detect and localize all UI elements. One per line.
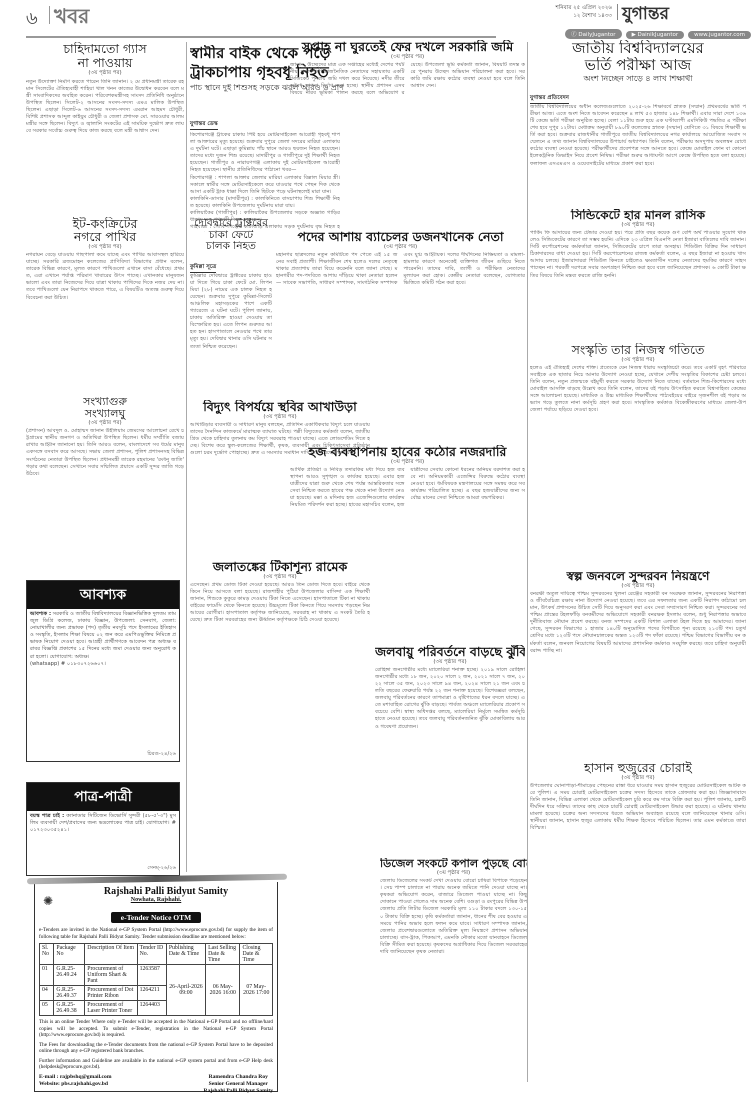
story-diesel-body: জেলায় ডিজেলের সংকট দেখা দেওয়ায় বোরো চ… (380, 878, 527, 1093)
classified-wanted-lead: আবশ্যক : (30, 611, 51, 617)
tender-intro: e-Tenders are invited in the National e-… (39, 927, 273, 940)
story-culture-jump: (৩য় পৃষ্ঠার পর) (530, 357, 746, 365)
story-birds-headline-2: নগরে পাখির (26, 230, 184, 244)
story-birds-body: নগরায়ন বেড়ে যাওয়ায় গাছপালা কমে যাচ্ছ… (26, 252, 184, 392)
classified-wanted-title: আবশ্যক (27, 581, 179, 609)
cell-sl: 04 (40, 986, 54, 1001)
cell-sl: 05 (40, 1001, 54, 1016)
story-tractor-headline-2: চাকা ফেটে (190, 230, 272, 242)
tender-table: Sl. No Package No Description Of Item Te… (39, 943, 273, 1016)
nu-subhead: অংশ নিচ্ছেন সাড়ে ৪ লাখ শিক্ষার্থী (530, 75, 746, 84)
date-block: শনিবার ২৫ এপ্রিল ২০২৬ ১২ বৈশাখ ১৪৩৩ (530, 4, 612, 20)
logo-divider (617, 4, 618, 20)
classified-matrimony-lead: বয়স্ক পাত্র চাই : (30, 813, 64, 819)
story-diesel-jump: (৩য় পৃষ্ঠার পর) (380, 870, 527, 878)
tender-title-wrap: e-Tender Notice OTM (35, 905, 277, 924)
tender-footer: E-mail : rajpbshq@gmail.com Website: pbs… (39, 1074, 273, 1094)
tender-para-3: Further information and Guideline are av… (39, 1058, 273, 1071)
story-bachelors-jump: (৩য় পৃষ্ঠার পর) (276, 244, 525, 252)
story-land: সপ্তাহ না ঘুরতেই ফের দখলে সরকারি জমি (৩য… (290, 40, 525, 222)
story-land-headline: সপ্তাহ না ঘুরতেই ফের দখলে সরকারি জমি (290, 40, 525, 54)
story-hajj: হজ ব্যবস্থাপনায় হাবের কঠোর নজরদারি (৩য়… (290, 445, 525, 652)
masthead-rule (26, 36, 496, 38)
tender-signatory: Ramendra Chandra Roy Senior General Mana… (204, 1074, 273, 1094)
classified-matrimony-box: পাত্র-পাত্রী বয়স্ক পাত্র চাই : ক্যানাডা… (26, 782, 180, 876)
cell-package: G.R.25-26.49.38 (54, 1001, 85, 1016)
cell-last-selling: 06 May-2026 16:00 (206, 965, 240, 1016)
classified-wanted-body: সরকারি ও জাতীয় বিশ্ববিদ্যালয়ের বিজ্ঞান… (30, 611, 176, 660)
story-rasik-headline: সিন্ডিকেটে হার মানল রাসিক (530, 209, 746, 222)
story-majority-jump: (৩য় পৃষ্ঠার পর) (26, 420, 184, 428)
tender-org: Rajshahi Palli Bidyut Samity (35, 886, 277, 897)
classified-wanted-body-wrap: আবশ্যক : সরকারি ও জাতীয় বিশ্ববিদ্যালয়ে… (27, 609, 179, 759)
cell-package: G.R.25-26.49.37 (54, 986, 85, 1001)
tender-location: Nowhata, Rajshahi. (35, 897, 277, 903)
story-gas-headline-2: না পাওয়ায় (26, 56, 184, 70)
tender-notice: ✺ Rajshahi Palli Bidyut Samity Nowhata, … (34, 882, 278, 1092)
story-culture-body: হলেও এই ঐতিহ্যই দেশের শক্তি। প্রত্যেকে য… (530, 365, 746, 565)
nu-headline-1: জাতীয় বিশ্ববিদ্যালয়ের (530, 40, 746, 57)
cell-desc: Procurement of Dot Printer Ribon (85, 986, 137, 1001)
story-tractor-byline: কুমিল্লা সূত্রে (190, 263, 216, 273)
lead-byline: যুগান্তর ডেস্ক (190, 120, 218, 130)
story-bachelors: পদের আশায় ব্যাচেলর ডজনখানেক নেতা (৩য় প… (276, 230, 525, 442)
tender-table-header: Sl. No Package No Description Of Item Te… (40, 944, 273, 965)
classified-wanted-contact: (whatsapp) # ০১৮৩০৭২৬৬০৭। (30, 661, 176, 668)
th-sl: Sl. No (40, 944, 54, 965)
th-closing: Closing Date & Time (240, 944, 273, 965)
tender-title: e-Tender Notice OTM (111, 912, 201, 923)
th-publishing: Publishing Date & Time (166, 944, 205, 965)
column-divider (527, 42, 528, 1082)
cell-id: 1264211 (137, 986, 166, 1001)
story-rasik-jump: (৩য় পৃষ্ঠার পর) (530, 222, 746, 230)
story-gas-body: নতুন উদ্যোক্তা নির্মাণ করতে পারেন তিনি জ… (26, 79, 184, 213)
page-number: ৬ (26, 4, 38, 35)
date-bengali: ১২ বৈশাখ ১৪৩৩ (530, 12, 612, 20)
th-id: Tender ID No. (137, 944, 166, 965)
table-row: 01 G.R.25-26.49.24 Procurement of Unifor… (40, 965, 273, 986)
tender-signatory-title: Senior General Manager (204, 1081, 273, 1088)
story-climate-jump: (৩য় পৃষ্ঠার পর) (375, 659, 525, 667)
cell-id: 1264403 (137, 1001, 166, 1016)
story-bachelors-body: মহানগর ছাত্রদলের নতুন কমিটিতে পদ পেতে এই… (276, 252, 525, 442)
story-bachelors-headline: পদের আশায় ব্যাচেলর ডজনখানেক নেতা (276, 230, 525, 244)
tender-website: Website: pbs.rajshahi.gov.bd (39, 1081, 111, 1088)
tender-email: E-mail : rajpbshq@gmail.com (39, 1074, 111, 1081)
story-climate-body: রোহিঙ্গা জনগোষ্ঠীর মধ্যে ম্যালেরিয়া শনা… (375, 667, 525, 857)
story-tractor-headline-1: দেবিদ্বারে ট্রাক্টরের (190, 218, 272, 230)
tender-signatory-org: Rajshahi Palli Bidyut Samity (204, 1088, 273, 1094)
classified-matrimony-ref: সেনম্-২৬/২৬ (147, 865, 176, 873)
story-birds-jump: (৩য় পৃষ্ঠার পর) (26, 244, 184, 252)
classified-wanted-box: আবশ্যক আবশ্যক : সরকারি ও জাতীয় বিশ্ববিদ… (26, 580, 180, 762)
story-land-jump: (৩য় পৃষ্ঠার পর) (290, 54, 525, 62)
cell-package: G.R.25-26.49.24 (54, 965, 85, 986)
section-title: খবর (54, 2, 89, 35)
classified-matrimony-title: পাত্র-পাত্রী (27, 783, 179, 811)
story-culture-headline: সংস্কৃতি তার নিজস্ব গতিতে (530, 343, 746, 357)
cell-desc: Procurement of Uniform Shart & Pant (85, 965, 137, 986)
date-gregorian: শনিবার ২৫ এপ্রিল ২০২৬ (530, 4, 612, 12)
th-desc: Description Of Item (85, 944, 137, 965)
story-birds-headline-1: ইট-কংক্রিটের (26, 217, 184, 231)
cell-desc: Procurement of Laser Printer Toner (85, 1001, 137, 1016)
classified-matrimony-body-wrap: বয়স্ক পাত্র চাই : ক্যানাডার সিটিজেন ডিভ… (27, 811, 179, 871)
story-majority-body: (প্রশাসন) আবদুল ও. মোহাম্মদ জানান উইলিয়… (26, 428, 184, 528)
tender-para-2: The Fees for downloading the e-Tender do… (39, 1042, 273, 1055)
tender-para-1: This is an online Tender Where only e-Te… (39, 1019, 273, 1039)
story-climate: জলবায়ু পরিবর্তনে বাড়ছে ঝুঁকি (৩য় পৃষ্… (375, 645, 525, 857)
classified-wanted-ref: চিরণ্ড-২৪/২৬ (147, 751, 176, 759)
right-column: জাতীয় বিশ্ববিদ্যালয়ের ভর্তি পরীক্ষা আজ… (530, 38, 746, 913)
cell-sl: 01 (40, 965, 54, 986)
story-hajj-jump: (৩য় পৃষ্ঠার পর) (290, 459, 525, 467)
story-sundarbans-jump: (৩য় পৃষ্ঠার পর) (530, 583, 746, 591)
story-hajj-headline: হজ ব্যবস্থাপনায় হাবের কঠোর নজরদারি (290, 445, 525, 459)
th-last-selling: Last Selling Date & Time (206, 944, 240, 965)
masthead: ৬ খবর শনিবার ২৫ এপ্রিল ২০২৬ ১২ বৈশাখ ১৪৩… (0, 0, 751, 30)
story-hasan-jump: (৩য় পৃষ্ঠার পর) (530, 775, 746, 783)
tender-signatory-name: Ramendra Chandra Roy (204, 1074, 273, 1081)
story-sundarbans-body: বনরক্ষী অতুল দায়িত্বে পশ্চিম সুন্দরবনের… (530, 591, 746, 756)
cell-id: 1263587 (137, 965, 166, 986)
story-majority-headline-2: সংখ্যালঘু (26, 408, 184, 420)
nu-headline-2: ভর্তি পরীক্ষা আজ (530, 57, 746, 74)
story-rasik-body: পার্কিং ফি আদায়ের জন্য টেন্ডার দেওয়া হ… (530, 230, 746, 338)
column-divider (186, 42, 187, 872)
story-climate-headline: জলবায়ু পরিবর্তনে বাড়ছে ঝুঁকি (375, 645, 525, 659)
tender-contact: E-mail : rajpbshq@gmail.com Website: pbs… (39, 1074, 111, 1094)
story-tractor: দেবিদ্বারে ট্রাক্টরের চাকা ফেটে চালক নিহ… (190, 218, 272, 353)
section-divider (49, 6, 50, 24)
story-hasan-headline: হাসান হুজুরের চোরাই (530, 761, 746, 775)
story-hajj-body: আর্থিক প্রতিষ্ঠা ও নিবিড় তদারকির মধ্য দ… (290, 467, 525, 652)
story-sundarbans-headline: স্বল্প জনবলে সুন্দরবন নিয়ন্ত্রণে (530, 570, 746, 583)
story-gas-headline-1: চাহিদামতো গ্যাস (26, 42, 184, 56)
th-package: Package No (54, 944, 85, 965)
story-tractor-body: কুমিল্লার দেবিদ্বারে ট্রাক্টরের চাকায় হ… (190, 273, 272, 353)
tender-logo-icon: ✺ (43, 894, 53, 908)
cell-closing: 07 May-2026 17:00 (240, 965, 273, 1016)
story-diesel-headline: ডিজেল সংকটে কপাল পুড়ছে বোরো চাষির (380, 858, 527, 870)
tender-table-wrap: Sl. No Package No Description Of Item Te… (39, 943, 273, 1016)
nu-body: জাতীয় বিশ্ববিদ্যালয়ের অধীন কলেজগুলোতে … (530, 104, 746, 204)
story-majority-headline-1: সংখ্যাগুরু (26, 396, 184, 408)
story-diesel: ডিজেল সংকটে কপাল পুড়ছে বোরো চাষির (৩য় … (380, 858, 527, 1093)
story-gas-jump: (৩য় পৃষ্ঠার পর) (26, 70, 184, 78)
nu-byline: যুগান্তর প্রতিবেদন (530, 94, 569, 104)
story-hasan-body: উপজেলার ঘোনাপাড়া-শীমাড়ের পেছনের রাস্তা… (530, 783, 746, 913)
story-tractor-headline-3: চালক নিহত (190, 241, 272, 253)
story-land-body: জানান, উচ্ছেদের মাত্র এক সপ্তাহের মধ্যেই… (290, 62, 525, 222)
cell-publishing: 26-April-2026 09:00 (166, 965, 205, 1016)
